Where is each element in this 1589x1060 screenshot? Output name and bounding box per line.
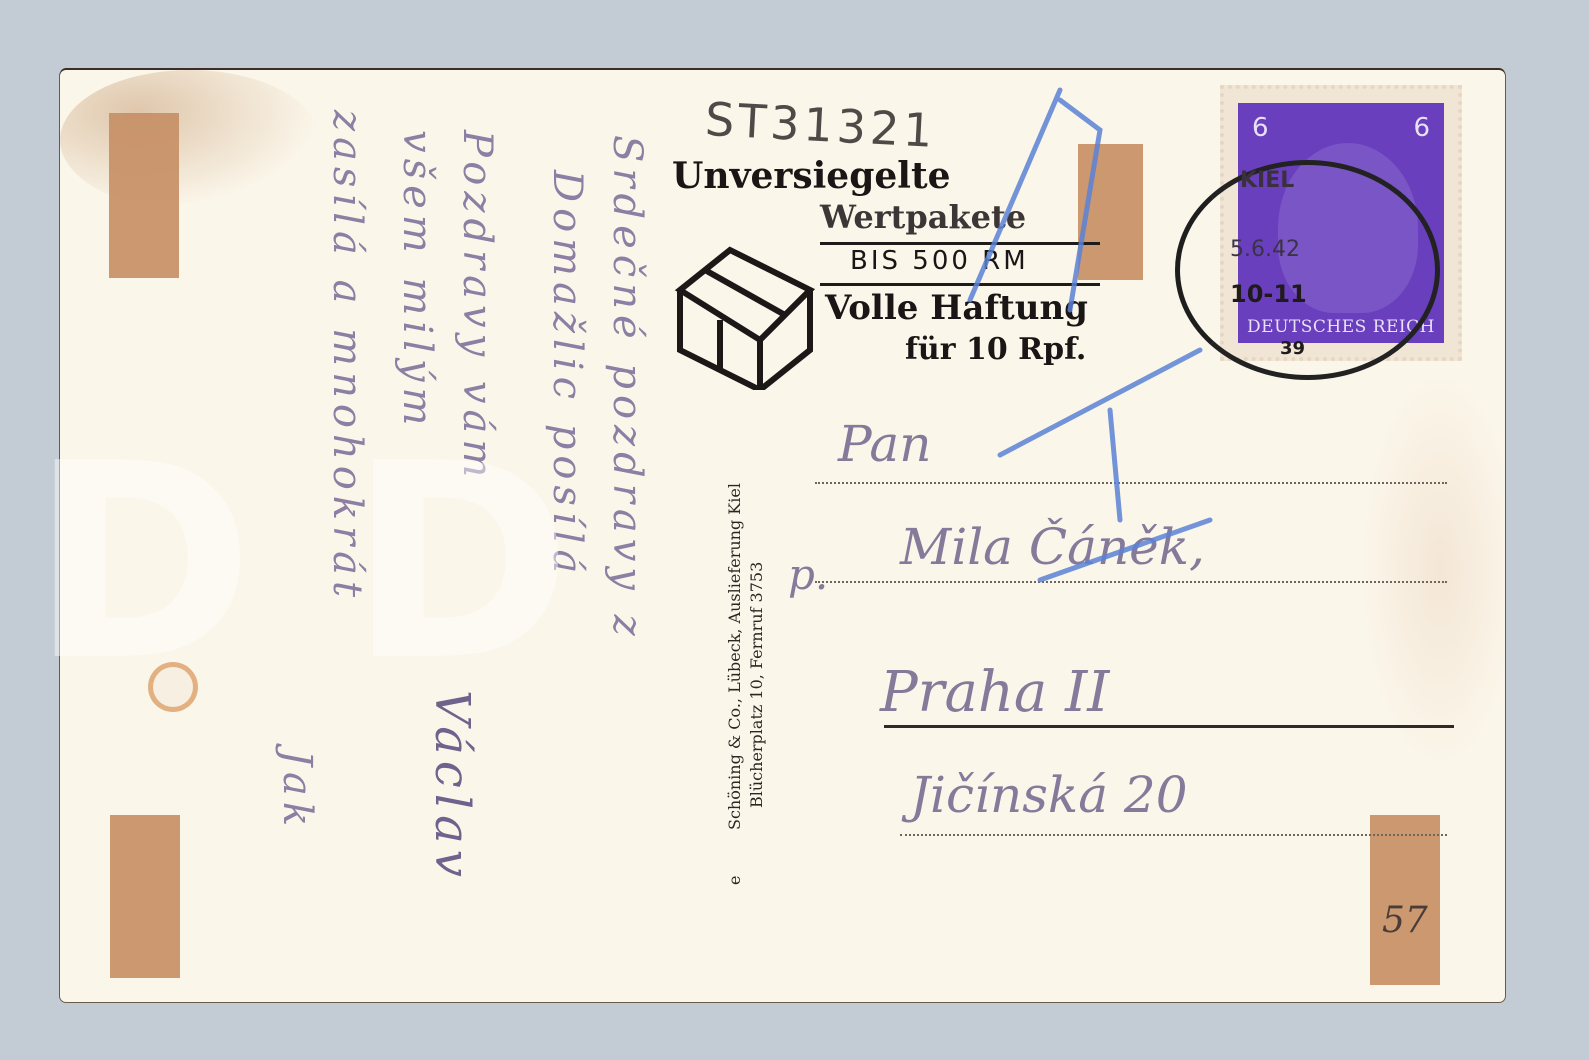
stamp-value-left: 6 — [1252, 113, 1269, 143]
stamp-value-right: 6 — [1413, 113, 1430, 143]
postmark-date: 5.6.42 — [1230, 237, 1300, 262]
postmark-time: 10-11 — [1230, 280, 1307, 308]
postmark-circle — [1175, 160, 1440, 380]
watermark: D D — [30, 405, 572, 720]
postmark-number: 39 — [1280, 338, 1305, 359]
postmark-city: KIEL — [1240, 168, 1294, 193]
